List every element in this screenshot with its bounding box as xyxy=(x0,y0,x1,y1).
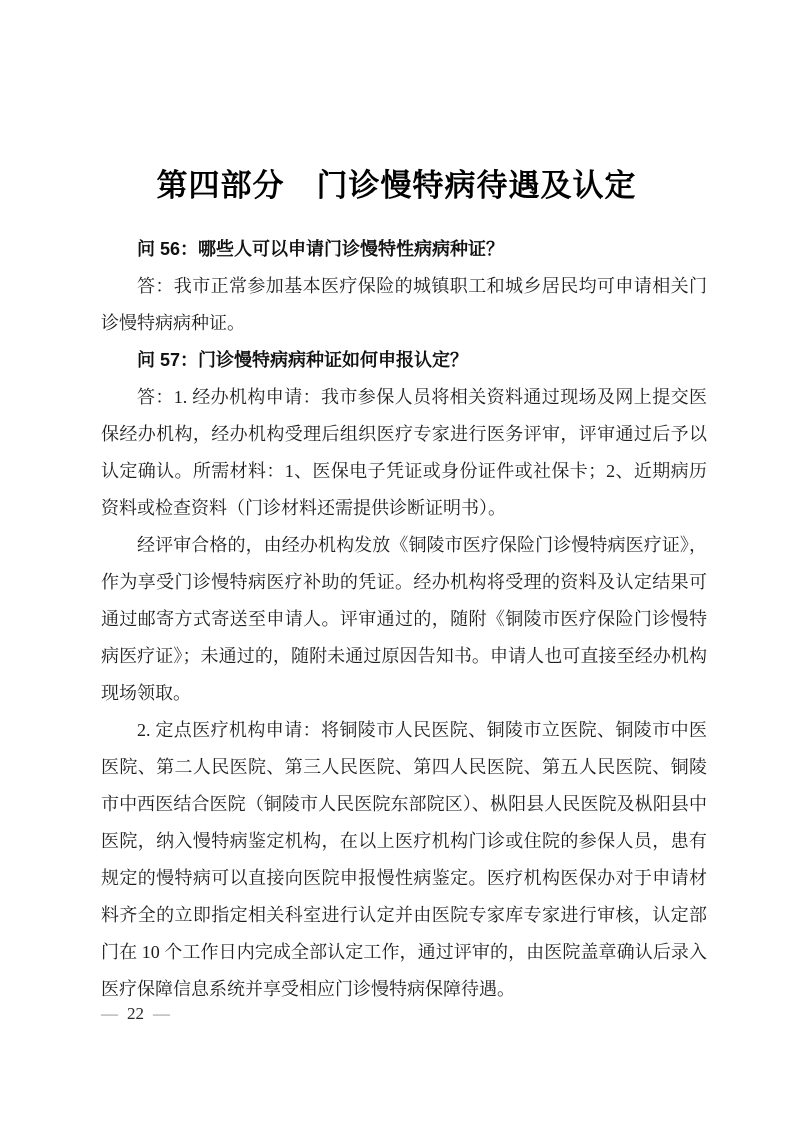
answer-57-paragraph-1: 答：1. 经办机构申请：我市参保人员将相关资料通过现场及网上提交医保经办机构，经… xyxy=(101,379,707,527)
footer-left-dash: — xyxy=(101,1004,118,1023)
footer-right-dash: — xyxy=(153,1004,170,1023)
document-page: 第四部分 门诊慢特病待遇及认定 问 56：哪些人可以申请门诊慢特性病病种证？ 答… xyxy=(0,0,793,1122)
question-57: 问 57：门诊慢特病病种证如何申报认定？ xyxy=(101,342,707,379)
question-56: 问 56：哪些人可以申请门诊慢特性病病种证？ xyxy=(101,231,707,268)
page-footer: —22— xyxy=(101,1001,170,1027)
answer-57-paragraph-3: 2. 定点医疗机构申请：将铜陵市人民医院、铜陵市立医院、铜陵市中医医院、第二人民… xyxy=(101,712,707,1008)
page-title: 第四部分 门诊慢特病待遇及认定 xyxy=(0,0,793,208)
answer-56: 答：我市正常参加基本医疗保险的城镇职工和城乡居民均可申请相关门诊慢特病病种证。 xyxy=(101,268,707,342)
answer-57-paragraph-2: 经评审合格的，由经办机构发放《铜陵市医疗保险门诊慢特病医疗证》，作为享受门诊慢特… xyxy=(101,527,707,712)
page-number: 22 xyxy=(127,1004,144,1023)
document-body: 问 56：哪些人可以申请门诊慢特性病病种证？ 答：我市正常参加基本医疗保险的城镇… xyxy=(101,231,707,1008)
